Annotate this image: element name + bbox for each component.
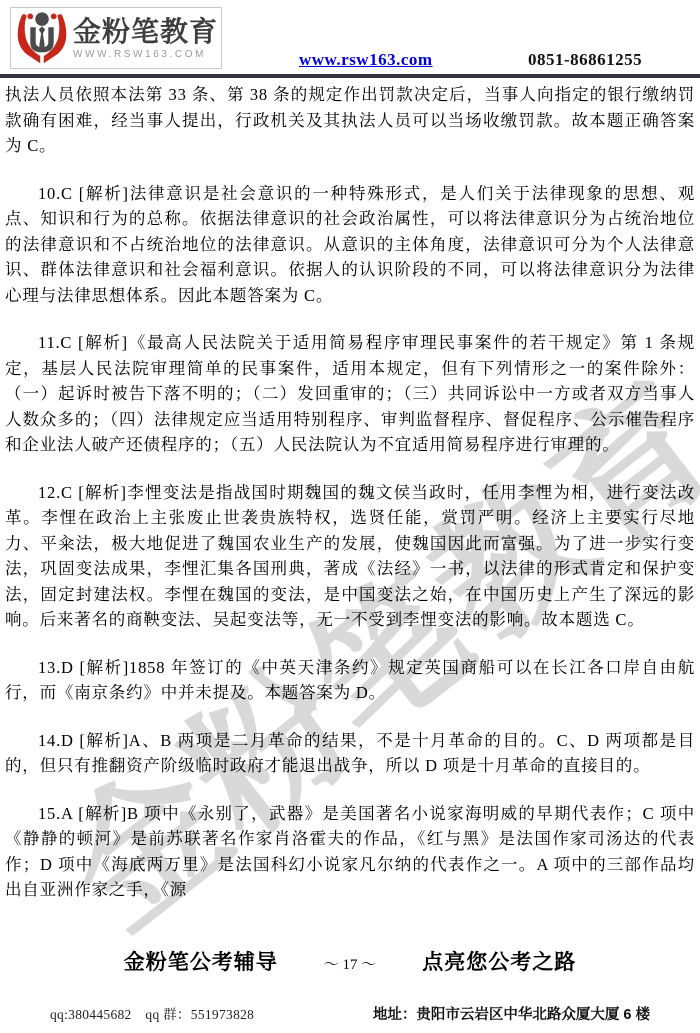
- header-website-link[interactable]: www.rsw163.com: [299, 50, 433, 70]
- brand-site-url: WWW.RSW163.COM: [73, 49, 218, 60]
- header-phone-number: 0851-86861255: [528, 50, 642, 70]
- contact-info: qq:380445682 qq 群：551973828 地址：贵阳市云岩区中华北…: [0, 1003, 700, 1024]
- document-page: 金粉笔教育 金粉笔教育 WWW.RSW163.COM www.rsw163.co…: [0, 0, 700, 1033]
- brand-name: 金粉笔教育: [73, 17, 218, 47]
- paragraph-answer-12: 12.C [解析]李悝变法是指战国时期魏国的魏文侯当政时，任用李悝为相，进行变法…: [5, 480, 695, 633]
- answer-explanations: 执法人员依照本法第 33 条、第 38 条的规定作出罚款决定后，当事人向指定的银…: [5, 82, 695, 903]
- paragraph-answer-14: 14.D [解析]A、B 两项是二月革命的结果，不是十月革命的目的。C、D 两项…: [5, 728, 695, 779]
- paragraph-continued: 执法人员依照本法第 33 条、第 38 条的规定作出罚款决定后，当事人向指定的银…: [5, 82, 695, 159]
- contact-address: 地址：贵阳市云岩区中华北路众厦大厦 6 楼: [373, 1003, 650, 1024]
- contact-qq-numbers: qq:380445682 qq 群：551973828: [50, 1003, 254, 1023]
- paragraph-answer-11: 11.C [解析]《最高人民法院关于适用简易程序审理民事案件的若干规定》第 1 …: [5, 330, 695, 458]
- paragraph-answer-15: 15.A [解析]B 项中《永别了，武器》是美国著名小说家海明威的早期代表作；C…: [5, 801, 695, 903]
- header-divider: [0, 74, 700, 78]
- brand-logo: 金粉笔教育 WWW.RSW163.COM: [10, 7, 222, 69]
- page-footer: 金粉笔公考辅导 ～ 17 ～ 点亮您公考之路: [0, 946, 700, 976]
- page-number: ～ 17 ～: [324, 953, 377, 974]
- footer-brand-text: 金粉笔公考辅导: [124, 946, 278, 976]
- brand-logo-icon: [15, 11, 69, 65]
- paragraph-answer-10: 10.C [解析]法律意识是社会意识的一种特殊形式，是人们关于法律现象的思想、观…: [5, 181, 695, 309]
- footer-slogan-text: 点亮您公考之路: [422, 946, 576, 976]
- paragraph-answer-13: 13.D [解析]1858 年签订的《中英天津条约》规定英国商船可以在长江各口岸…: [5, 655, 695, 706]
